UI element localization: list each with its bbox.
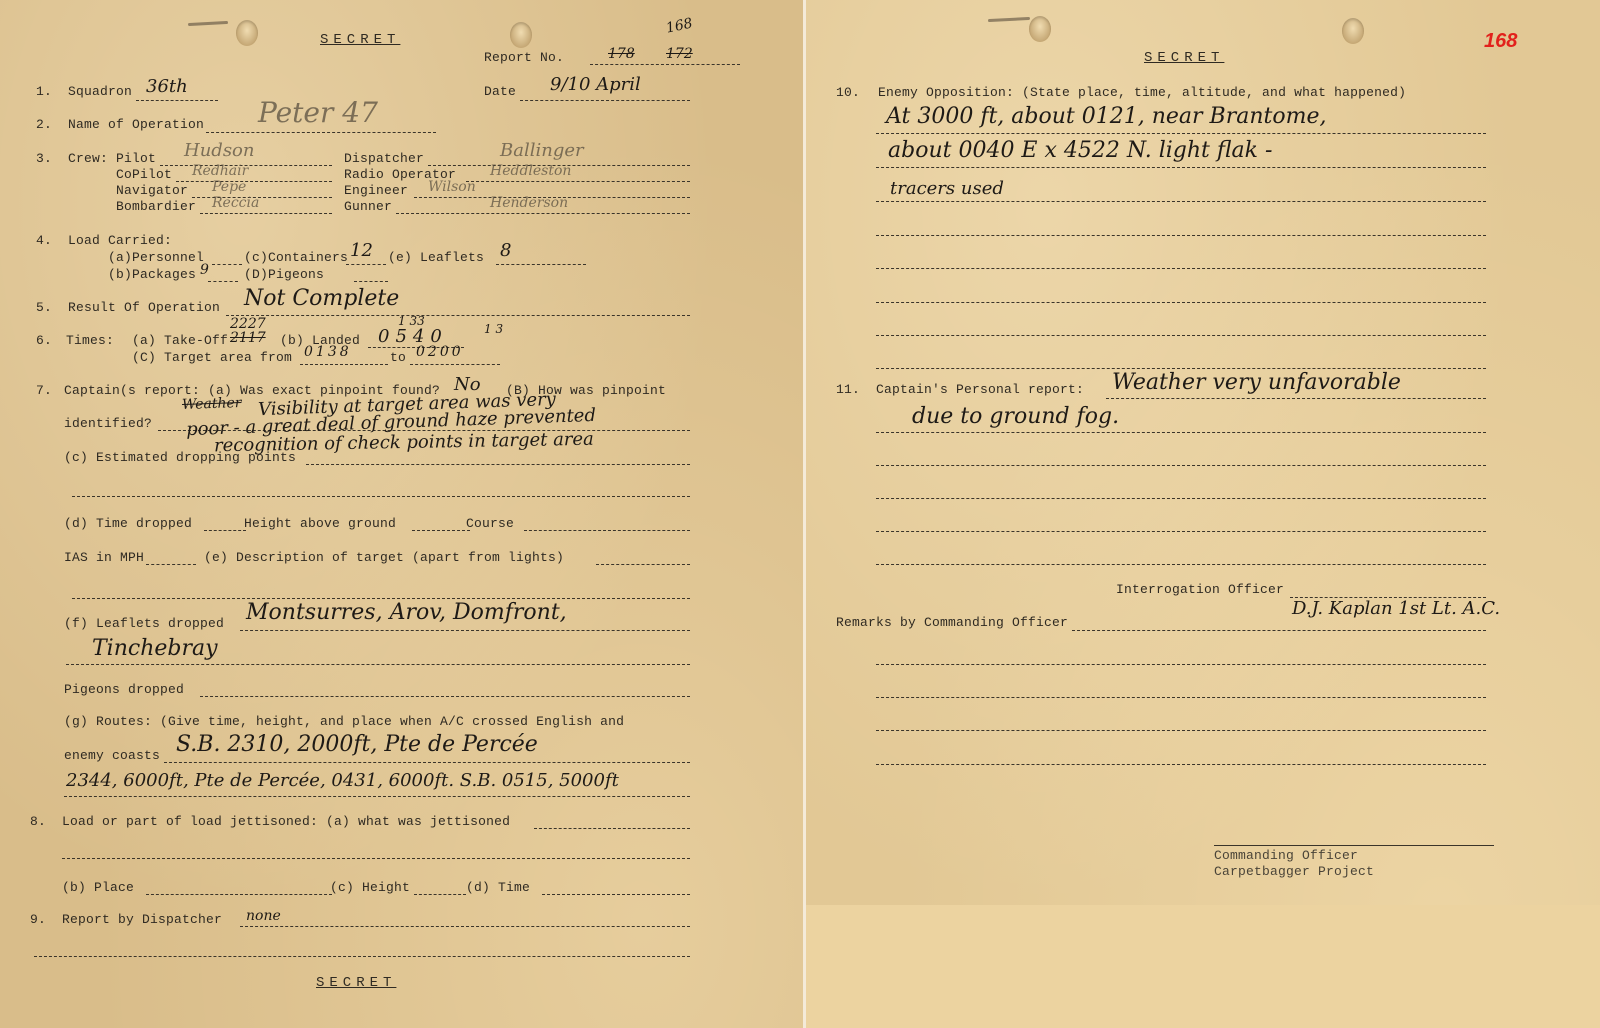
item-5-number: 5. xyxy=(36,300,52,315)
dispatcher-value: Ballinger xyxy=(500,140,584,161)
operation-name-line xyxy=(206,132,436,133)
jettison-time-line xyxy=(542,894,690,895)
course-label: Course xyxy=(466,516,514,531)
landed-note: 1 33 xyxy=(398,314,425,328)
dispatcher-label: Dispatcher xyxy=(344,151,424,166)
target-area-to-value: 0200 xyxy=(416,344,464,360)
item-10-number: 10. xyxy=(836,85,860,100)
pigeons-label: (D)Pigeons xyxy=(244,267,324,282)
packages-label: (b)Packages xyxy=(108,267,196,282)
gunner-label: Gunner xyxy=(344,199,392,214)
containers-value: 12 xyxy=(350,240,373,261)
opposition-line-2 xyxy=(876,167,1486,168)
course-line xyxy=(524,530,690,531)
navigator-value: Pepe xyxy=(212,179,246,195)
remarks-line-4 xyxy=(876,730,1486,731)
result-label: Result Of Operation xyxy=(68,300,220,315)
commanding-officer-signature-line xyxy=(1214,845,1494,846)
dropping-points-line-2 xyxy=(72,496,690,497)
squadron-value: 36th xyxy=(146,76,188,97)
routes-value-1: S.B. 2310, 2000ft, Pte de Percée xyxy=(176,732,538,757)
enemy-coasts-label: enemy coasts xyxy=(64,748,160,763)
leaflets-dropped-value-1: Montsurres, Arov, Domfront, xyxy=(246,600,567,625)
copilot-line xyxy=(176,181,332,182)
operation-name-value: Peter 47 xyxy=(258,96,378,129)
ias-label: IAS in MPH xyxy=(64,550,144,565)
packages-value: 9 xyxy=(200,262,209,278)
ias-line xyxy=(146,564,196,565)
captain-report-line-6 xyxy=(876,564,1486,565)
dispatcher-report-line xyxy=(240,926,690,927)
pigeons-line xyxy=(354,281,388,282)
bombardier-label: Bombardier xyxy=(116,199,196,214)
jettison-time-label: (d) Time xyxy=(466,880,530,895)
opposition-line-8 xyxy=(876,368,1486,369)
routes-value-2: 2344, 6000ft, Pte de Percée, 0431, 6000f… xyxy=(66,770,619,791)
duration-note: 1 3 xyxy=(484,322,503,336)
pigeons-dropped-label: Pigeons dropped xyxy=(64,682,184,697)
date-label: Date xyxy=(484,84,516,99)
pilot-value: Hudson xyxy=(184,140,254,161)
report-page-1: SECRET Report No. 178 172 168 1. Squadro… xyxy=(0,0,803,1028)
takeoff-value: 2227 xyxy=(230,316,266,332)
captain-personal-report-label: Captain's Personal report: xyxy=(876,382,1084,397)
report-page-2: 168 SECRET 10. Enemy Opposition: (State … xyxy=(806,0,1600,1028)
enemy-opposition-value-1: At 3000 ft, about 0121, near Brantome, xyxy=(886,104,1326,129)
pigeons-dropped-line xyxy=(200,696,690,697)
copilot-label: CoPilot xyxy=(116,167,172,182)
jettison-height-line xyxy=(414,894,466,895)
remarks-line-2 xyxy=(876,664,1486,665)
enemy-coasts-line xyxy=(164,762,690,763)
item-6-number: 6. xyxy=(36,333,52,348)
jettisoned-line-2 xyxy=(62,858,690,859)
enemy-opposition-label: Enemy Opposition: (State place, time, al… xyxy=(878,85,1406,100)
routes-label: (g) Routes: (Give time, height, and plac… xyxy=(64,714,624,729)
remarks-line-1 xyxy=(1072,630,1486,631)
engineer-label: Engineer xyxy=(344,183,408,198)
item-7-number: 7. xyxy=(36,383,52,398)
gunner-value: Henderson xyxy=(490,195,568,211)
leaflets-dropped-label: (f) Leaflets dropped xyxy=(64,616,224,631)
page-margin xyxy=(806,905,1600,1028)
height-above-ground-line xyxy=(412,530,470,531)
punch-hole xyxy=(1342,18,1364,44)
pilot-label: Pilot xyxy=(116,151,156,166)
captain-report-line-5 xyxy=(876,531,1486,532)
opposition-line-6 xyxy=(876,302,1486,303)
item-4-number: 4. xyxy=(36,233,52,248)
copilot-value: Redhair xyxy=(192,163,248,179)
personnel-line xyxy=(212,264,242,265)
target-area-from-value: 0138 xyxy=(304,344,352,360)
leaflets-line xyxy=(496,264,586,265)
packages-line xyxy=(208,281,238,282)
crew-label: Crew: xyxy=(68,151,108,166)
time-dropped-line xyxy=(204,530,246,531)
item-2-number: 2. xyxy=(36,117,52,132)
opposition-line-3 xyxy=(876,201,1486,202)
opposition-line-1 xyxy=(876,133,1486,134)
leaflets-dropped-value-2: Tinchebray xyxy=(92,636,218,661)
squadron-label: Squadron xyxy=(68,84,132,99)
captain-personal-report-value-1: Weather very unfavorable xyxy=(1112,370,1401,395)
dropping-points-label: (c) Estimated dropping points xyxy=(64,450,296,465)
containers-line xyxy=(346,264,386,265)
engineer-value: Wilson xyxy=(428,179,476,195)
punch-hole xyxy=(510,22,532,48)
personnel-label: (a)Personnel xyxy=(108,250,204,265)
gunner-line xyxy=(396,213,690,214)
leaflets-dropped-line-2 xyxy=(66,664,690,665)
target-from-line xyxy=(300,364,388,365)
report-no-struck-2: 172 xyxy=(666,46,693,62)
classification-footer: SECRET xyxy=(316,975,396,991)
item-9-number: 9. xyxy=(30,912,46,927)
report-no-label: Report No. xyxy=(484,50,564,65)
dispatcher-report-value: none xyxy=(246,908,281,924)
item-1-number: 1. xyxy=(36,84,52,99)
squadron-line xyxy=(136,100,218,101)
radio-operator-value: Heddleston xyxy=(490,163,571,179)
date-line xyxy=(520,100,690,101)
time-dropped-label: (d) Time dropped xyxy=(64,516,192,531)
remarks-line-3 xyxy=(876,697,1486,698)
opposition-line-4 xyxy=(876,235,1486,236)
times-label: Times: xyxy=(66,333,114,348)
jettison-place-label: (b) Place xyxy=(62,880,134,895)
item-8-number: 8. xyxy=(30,814,46,829)
takeoff-struck: 2117 xyxy=(230,330,266,346)
target-area-to-label: to xyxy=(390,350,406,365)
target-area-from-label: (C) Target area from xyxy=(132,350,292,365)
date-value: 9/10 April xyxy=(550,74,641,95)
commanding-officer-title: Commanding Officer xyxy=(1214,848,1358,863)
leaflets-dropped-line xyxy=(240,630,690,631)
leaflets-value: 8 xyxy=(500,240,511,261)
classification-header: SECRET xyxy=(1144,50,1224,66)
enemy-opposition-value-2: about 0040 E x 4522 N. light flak - xyxy=(888,138,1272,163)
leaflets-label: (e) Leaflets xyxy=(388,250,484,265)
item-3-number: 3. xyxy=(36,151,52,166)
captain-report-line-2 xyxy=(876,432,1486,433)
opposition-line-5 xyxy=(876,268,1486,269)
load-carried-label: Load Carried: xyxy=(68,233,172,248)
captain-report-line-4 xyxy=(876,498,1486,499)
dispatcher-report-line-2 xyxy=(34,956,690,957)
scratch-mark xyxy=(988,17,1030,22)
result-value: Not Complete xyxy=(244,286,399,311)
operation-name-label: Name of Operation xyxy=(68,117,204,132)
bombardier-value: Reccia xyxy=(212,195,259,211)
target-to-line xyxy=(410,364,500,365)
pinpoint-identified-label: identified? xyxy=(64,416,152,431)
bombardier-line xyxy=(200,213,332,214)
jettisoned-label: Load or part of load jettisoned: (a) wha… xyxy=(62,814,510,829)
radio-operator-line xyxy=(466,181,690,182)
height-above-ground-label: Height above ground xyxy=(244,516,396,531)
navigator-label: Navigator xyxy=(116,183,188,198)
captain-report-line-1 xyxy=(1106,398,1486,399)
jettison-place-line xyxy=(146,894,332,895)
report-no-value: 168 xyxy=(665,15,694,36)
routes-line-2 xyxy=(64,796,690,797)
report-no-line xyxy=(590,64,740,65)
target-description-line-2 xyxy=(72,598,690,599)
interrogation-officer-label: Interrogation Officer xyxy=(1116,582,1284,597)
identified-struck: Weather xyxy=(182,395,242,413)
report-no-struck-1: 178 xyxy=(608,46,635,62)
page-number-stamp: 168 xyxy=(1484,30,1517,53)
enemy-opposition-value-3: tracers used xyxy=(890,178,1004,199)
remarks-line-5 xyxy=(876,764,1486,765)
item-11-number: 11. xyxy=(836,382,860,397)
target-description-line xyxy=(596,564,690,565)
captain-report-line-3 xyxy=(876,465,1486,466)
remarks-label: Remarks by Commanding Officer xyxy=(836,615,1068,630)
project-name: Carpetbagger Project xyxy=(1214,864,1374,879)
dispatcher-report-label: Report by Dispatcher xyxy=(62,912,222,927)
interrogation-officer-signature: D.J. Kaplan 1st Lt. A.C. xyxy=(1292,598,1500,619)
containers-label: (c)Containers xyxy=(244,250,348,265)
result-line xyxy=(226,315,690,316)
punch-hole xyxy=(1029,16,1051,42)
classification-header: SECRET xyxy=(320,32,400,48)
target-description-label: (e) Description of target (apart from li… xyxy=(204,550,564,565)
captain-personal-report-value-2: due to ground fog. xyxy=(912,404,1119,429)
opposition-line-7 xyxy=(876,335,1486,336)
jettisoned-line xyxy=(534,828,690,829)
scratch-mark xyxy=(188,21,228,26)
jettison-height-label: (c) Height xyxy=(330,880,410,895)
dropping-points-line xyxy=(306,464,690,465)
takeoff-label: (a) Take-Off xyxy=(132,333,228,348)
punch-hole xyxy=(236,20,258,46)
